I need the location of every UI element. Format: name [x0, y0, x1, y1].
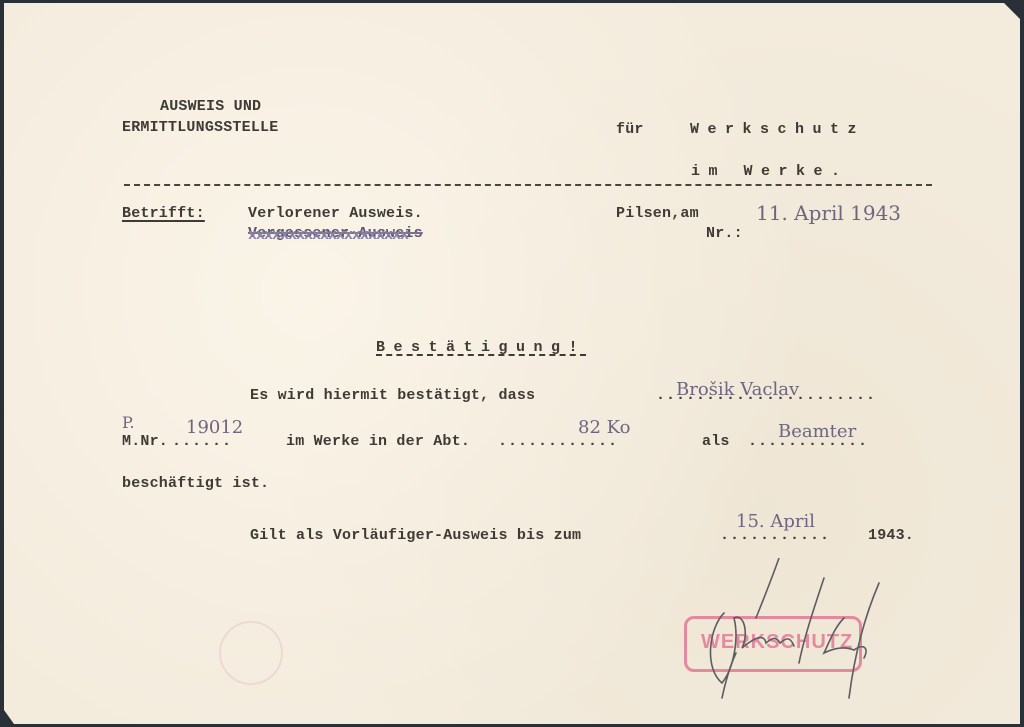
validity-date: 15. April: [736, 511, 815, 532]
document-title: Bestätigung!: [376, 339, 586, 356]
faint-stamp-mark: [219, 621, 283, 685]
employee-name: Brošik Vaclav: [676, 379, 799, 400]
staff-number: 19012: [186, 417, 243, 438]
validity-text: Gilt als Vorläufiger-Ausweis bis zum: [250, 527, 581, 544]
position: Beamter: [778, 421, 856, 442]
place-label: Pilsen,am: [616, 205, 699, 222]
issuer-line-2: ERMITTLUNGSSTELLE: [122, 119, 278, 136]
separator-line: [124, 184, 932, 186]
issue-date: 11. April 1943: [756, 201, 901, 225]
page-corner-torn: [4, 710, 14, 724]
department: 82 Ko: [578, 417, 630, 438]
strikeout-overtype: xxxxxxxxxxxxxxxxxxxx: [248, 227, 408, 244]
recipient-im-werke: im Werke.: [691, 163, 849, 180]
confirmation-text: Es wird hiermit bestätigt, dass: [250, 387, 535, 404]
validity-year: 1943.: [868, 527, 914, 544]
subject-label: Betrifft:: [122, 205, 205, 222]
page-corner-torn: [1004, 3, 1020, 19]
issuer-line-1: AUSWEIS UND: [160, 98, 261, 115]
number-label: Nr.:: [706, 225, 743, 242]
subject-lost-id: Verlorener Ausweis.: [248, 205, 423, 222]
as-label: als: [702, 433, 730, 450]
recipient-prefix: für: [616, 121, 644, 138]
employed-text: beschäftigt ist.: [122, 475, 269, 492]
signature-icon: [694, 558, 904, 708]
p-prefix: P.: [122, 413, 135, 432]
recipient-werkschutz: Werkschutz: [690, 121, 865, 138]
document-page: AUSWEIS UND ERMITTLUNGSSTELLE für Werksc…: [4, 3, 1020, 724]
department-text: im Werke in der Abt.: [286, 433, 470, 450]
staff-number-label: M.Nr.: [122, 433, 168, 450]
